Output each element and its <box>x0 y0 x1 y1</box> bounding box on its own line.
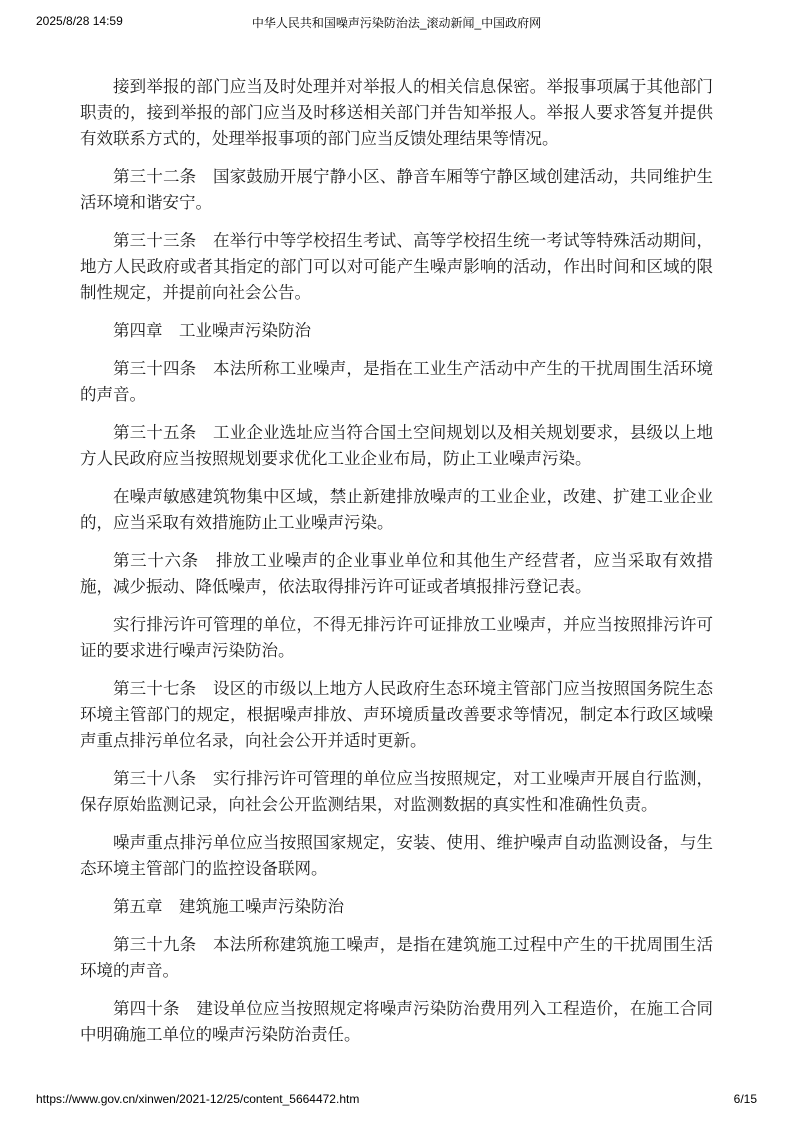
article-paragraph: 第三十三条 在举行中等学校招生考试、高等学校招生统一考试等特殊活动期间，地方人民… <box>80 228 713 306</box>
article-paragraph: 第三十四条 本法所称工业噪声，是指在工业生产活动中产生的干扰周围生活环境的声音。 <box>80 356 713 408</box>
print-url: https://www.gov.cn/xinwen/2021-12/25/con… <box>36 1092 359 1106</box>
article-paragraph: 第三十七条 设区的市级以上地方人民政府生态环境主管部门应当按照国务院生态环境主管… <box>80 676 713 754</box>
document-body: 接到举报的部门应当及时处理并对举报人的相关信息保密。举报事项属于其他部门职责的，… <box>80 74 713 1060</box>
article-paragraph: 第三十二条 国家鼓励开展宁静小区、静音车厢等宁静区域创建活动，共同维护生活环境和… <box>80 164 713 216</box>
print-header: 2025/8/28 14:59 中华人民共和国噪声污染防治法_滚动新闻_中国政府… <box>0 12 793 30</box>
paragraph: 噪声重点排污单位应当按照国家规定，安装、使用、维护噪声自动监测设备，与生态环境主… <box>80 830 713 882</box>
article-paragraph: 第三十九条 本法所称建筑施工噪声，是指在建筑施工过程中产生的干扰周围生活环境的声… <box>80 932 713 984</box>
page-indicator: 6/15 <box>734 1092 757 1106</box>
chapter-heading: 第五章 建筑施工噪声污染防治 <box>80 894 713 920</box>
article-paragraph: 第三十五条 工业企业选址应当符合国土空间规划以及相关规划要求，县级以上地方人民政… <box>80 420 713 472</box>
article-paragraph: 第四十条 建设单位应当按照规定将噪声污染防治费用列入工程造价，在施工合同中明确施… <box>80 996 713 1048</box>
print-datetime: 2025/8/28 14:59 <box>36 14 123 28</box>
print-preview-page: { "header": { "datetime": "2025/8/28 14:… <box>0 0 793 1122</box>
paragraph: 接到举报的部门应当及时处理并对举报人的相关信息保密。举报事项属于其他部门职责的，… <box>80 74 713 152</box>
paragraph: 实行排污许可管理的单位，不得无排污许可证排放工业噪声，并应当按照排污许可证的要求… <box>80 612 713 664</box>
article-paragraph: 第三十六条 排放工业噪声的企业事业单位和其他生产经营者，应当采取有效措施，减少振… <box>80 548 713 600</box>
print-page-title: 中华人民共和国噪声污染防治法_滚动新闻_中国政府网 <box>160 14 633 31</box>
article-paragraph: 第三十八条 实行排污许可管理的单位应当按照规定，对工业噪声开展自行监测，保存原始… <box>80 766 713 818</box>
paragraph: 在噪声敏感建筑物集中区域，禁止新建排放噪声的工业企业，改建、扩建工业企业的，应当… <box>80 484 713 536</box>
print-footer: https://www.gov.cn/xinwen/2021-12/25/con… <box>36 1092 757 1106</box>
chapter-heading: 第四章 工业噪声污染防治 <box>80 318 713 344</box>
